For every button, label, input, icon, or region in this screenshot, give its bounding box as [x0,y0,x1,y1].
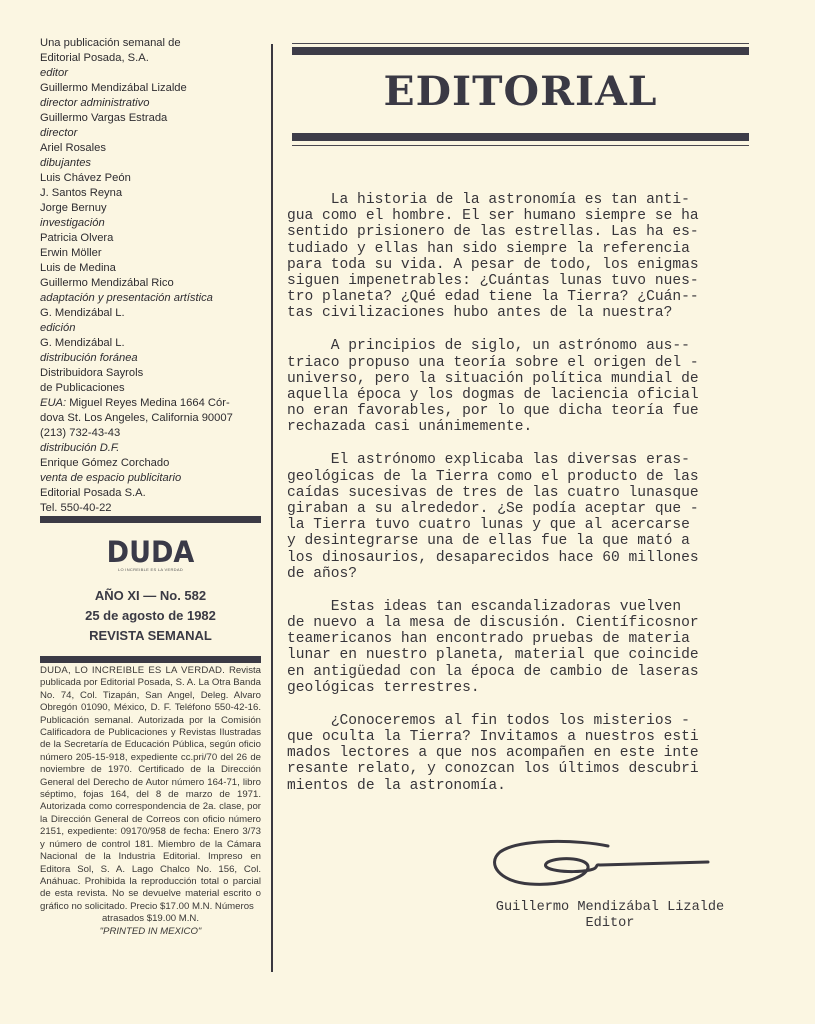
credit-name: G. Mendizábal L. [40,306,265,321]
text-line: que oculta la Tierra? Invitamos a nuestr… [287,729,757,745]
text-line: tro planeta? ¿Qué edad tiene la Tierra? … [287,289,757,305]
credit-name: Luis de Medina [40,261,265,276]
credit-name: Ariel Rosales [40,141,265,156]
editorial-paragraph: Estas ideas tan escandalizadoras vuelven… [287,599,757,696]
credit-name: dova St. Los Angeles, California 90007 [40,411,265,426]
credit-role: dibujantes [40,156,265,171]
text-line: para toda su vida. A pesar de todo, los … [287,257,757,273]
text-line: universo, pero la situación política mun… [287,371,757,387]
text-line: siguen impenetrables: ¿Cuántas lunas tuv… [287,273,757,289]
legal-heading: DUDA, LO INCREIBLE ES LA VERDAD. [40,665,229,676]
editorial-paragraph: ¿Conoceremos al fin todos los misterios … [287,713,757,794]
legal-body: Revista publicada por Editorial Posada, … [40,665,261,912]
left-divider-bar-top [40,516,261,523]
credit-role: investigación [40,216,265,231]
text-line: El astrónomo explicaba las diversas eras… [287,452,757,468]
legal-notice: DUDA, LO INCREIBLE ES LA VERDAD. Revista… [40,665,261,938]
credit-role: distribución D.F. [40,441,265,456]
text-line: giraban a su alrededor. ¿Se podía acepta… [287,501,757,517]
issue-date: 25 de agosto de 1982 [40,606,261,626]
text-line: mientos de la astronomía. [287,778,757,794]
credit-name: de Publicaciones [40,381,265,396]
signer-title: Editor [440,916,780,932]
text-line: gua como el hombre. El ser humano siempr… [287,208,757,224]
editorial-paragraph: A principios de siglo, un astrónomo aus-… [287,338,757,435]
credit-name: Editorial Posada S.A. [40,486,265,501]
credit-name: Guillermo Mendizábal Rico [40,276,265,291]
text-line: ¿Conoceremos al fin todos los misterios … [287,713,757,729]
credit-name: EUA: Miguel Reyes Medina 1664 Cór- [40,396,265,411]
text-line: no eran favorables, por lo que dicha teo… [287,403,757,419]
text-line: mados lectores a que nos acompañen en es… [287,745,757,761]
title-rule-top-thick [292,47,749,55]
title-rule-bottom-thin [292,145,749,146]
text-line: Estas ideas tan escandalizadoras vuelven [287,599,757,615]
title-rule-bottom-thick [292,133,749,141]
credit-role: distribución foránea [40,351,265,366]
duda-logo: DUDA LO INCREIBLE ES LA VERDAD [40,538,261,572]
credit-name: G. Mendizábal L. [40,336,265,351]
left-divider-bar-bottom [40,656,261,663]
editorial-body: La historia de la astronomía es tan anti… [287,192,757,811]
text-line: A principios de siglo, un astrónomo aus-… [287,338,757,354]
credit-role: director administrativo [40,96,265,111]
legal-back-issues: atrasados $19.00 M.N. [40,913,261,925]
credit-name: Tel. 550-40-22 [40,501,265,516]
text-line: de años? [287,566,757,582]
text-line: aquella época y los dogmas de laciencia … [287,387,757,403]
credit-name: (213) 732-43-43 [40,426,265,441]
logo-wordmark: DUDA [107,537,195,570]
text-line: la Tierra tuvo cuatro lunas y que al ace… [287,517,757,533]
text-line: rechazada casi unánimemente. [287,419,757,435]
credit-region-label: EUA: [40,397,69,409]
text-line: geológicas de la Tierra como el producto… [287,469,757,485]
text-line: lunar en nuestro planeta, material que c… [287,647,757,663]
editorial-paragraph: El astrónomo explicaba las diversas eras… [287,452,757,582]
text-line: tudiado y ellas han sido siempre la refe… [287,241,757,257]
signer-block: Guillermo Mendizábal Lizalde Editor [440,900,780,932]
credit-name: Distribuidora Sayrols [40,366,265,381]
issue-info: AÑO XI — No. 582 25 de agosto de 1982 RE… [40,586,261,646]
credit-name: Guillermo Mendizábal Lizalde [40,81,265,96]
magazine-page: Una publicación semanal deEditorial Posa… [0,0,815,1024]
credit-role: venta de espacio publicitario [40,471,265,486]
text-line: teamericanos han encontrado pruebas de m… [287,631,757,647]
credit-name: Enrique Gómez Corchado [40,456,265,471]
text-line: de nuevo a la mesa de discusión. Científ… [287,615,757,631]
issue-type: REVISTA SEMANAL [40,626,261,646]
editorial-paragraph: La historia de la astronomía es tan anti… [287,192,757,322]
credit-role: director [40,126,265,141]
text-line: los dinosaurios, desaparecidos hace 60 m… [287,550,757,566]
credit-name: Luis Chávez Peón [40,171,265,186]
credit-name: Erwin Möller [40,246,265,261]
credit-role: editor [40,66,265,81]
text-line: caídas sucesivas de tres de las cuatro l… [287,485,757,501]
credit-role: adaptación y presentación artística [40,291,265,306]
text-line: resante relato, y conozcan los últimos d… [287,761,757,777]
signature-icon [490,838,720,890]
credit-name: Guillermo Vargas Estrada [40,111,265,126]
text-line: triaco propuso una teoría sobre el orige… [287,355,757,371]
title-rule-top-thin [292,43,749,44]
text-line: en antigüedad con la época de cambio de … [287,664,757,680]
credit-name: J. Santos Reyna [40,186,265,201]
credit-name: Patricia Olvera [40,231,265,246]
text-line: sentido prisionero de las estrellas. Las… [287,224,757,240]
column-divider [271,44,273,972]
credit-name: Una publicación semanal de [40,36,265,51]
editorial-title: EDITORIAL [287,66,753,118]
printed-in-mexico: "PRINTED IN MEXICO" [40,926,261,938]
credit-role: edición [40,321,265,336]
signer-name: Guillermo Mendizábal Lizalde [440,900,780,916]
text-line: geológicas terrestres. [287,680,757,696]
issue-number: AÑO XI — No. 582 [40,586,261,606]
text-line: La historia de la astronomía es tan anti… [287,192,757,208]
credit-name: Editorial Posada, S.A. [40,51,265,66]
text-line: tas civilizaciones hubo antes de la nues… [287,305,757,321]
text-line: y desintegrarse una de ellas fue la que … [287,533,757,549]
masthead-credits: Una publicación semanal deEditorial Posa… [40,36,265,516]
credit-name: Jorge Bernuy [40,201,265,216]
